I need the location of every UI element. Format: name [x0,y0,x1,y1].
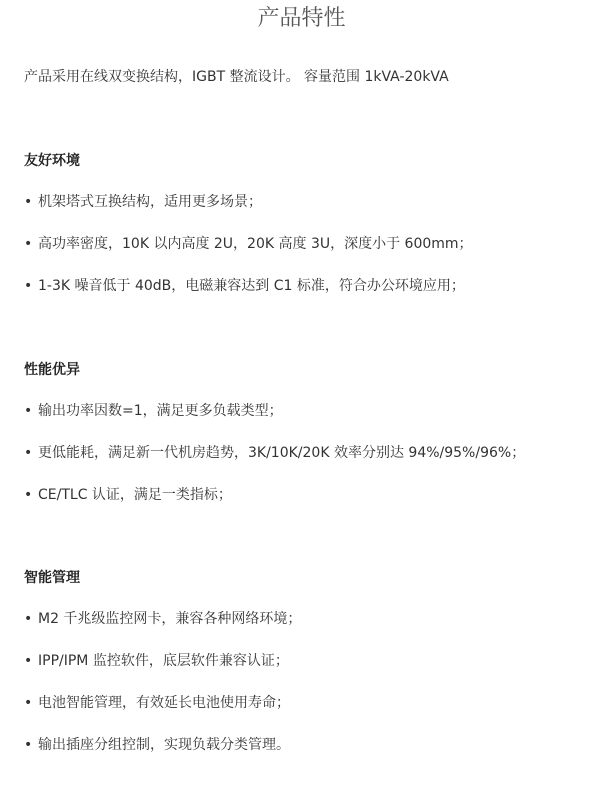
bullet-icon: • [24,651,38,671]
list-item: •输出插座分组控制，实现负载分类管理。 [24,735,290,755]
list-item: •输出功率因数=1，满足更多负载类型； [24,401,283,421]
bullet-icon: • [24,693,38,713]
bullet-icon: • [24,485,38,505]
bullet-icon: • [24,234,38,254]
bullet-icon: • [24,401,38,421]
list-item: •电池智能管理，有效延长电池使用寿命； [24,693,290,713]
section-heading-performance: 性能优异 [24,360,80,380]
section-heading-friendly-environment: 友好环境 [24,151,80,171]
list-item: •CE/TLC 认证，满足一类指标； [24,485,232,505]
page-title: 产品特性 [0,4,603,34]
list-item: •高功率密度，10K 以内高度 2U，20K 高度 3U，深度小于 600mm； [24,234,473,254]
list-item: •更低能耗，满足新一代机房趋势，3K/10K/20K 效率分别达 94%/95%… [24,443,525,463]
section-heading-smart-management: 智能管理 [24,568,80,588]
list-item: •M2 千兆级监控网卡，兼容各种网络环境； [24,609,301,629]
list-item: •机架塔式互换结构，适用更多场景； [24,192,262,212]
list-item: •1-3K 噪音低于 40dB，电磁兼容达到 C1 标准，符合办公环境应用； [24,276,465,296]
bullet-icon: • [24,443,38,463]
bullet-icon: • [24,609,38,629]
bullet-icon: • [24,276,38,296]
bullet-icon: • [24,735,38,755]
list-item: •IPP/IPM 监控软件，底层软件兼容认证； [24,651,289,671]
bullet-icon: • [24,192,38,212]
intro-paragraph: 产品采用在线双变换结构，IGBT 整流设计。 容量范围 1kVA-20kVA [24,67,449,87]
